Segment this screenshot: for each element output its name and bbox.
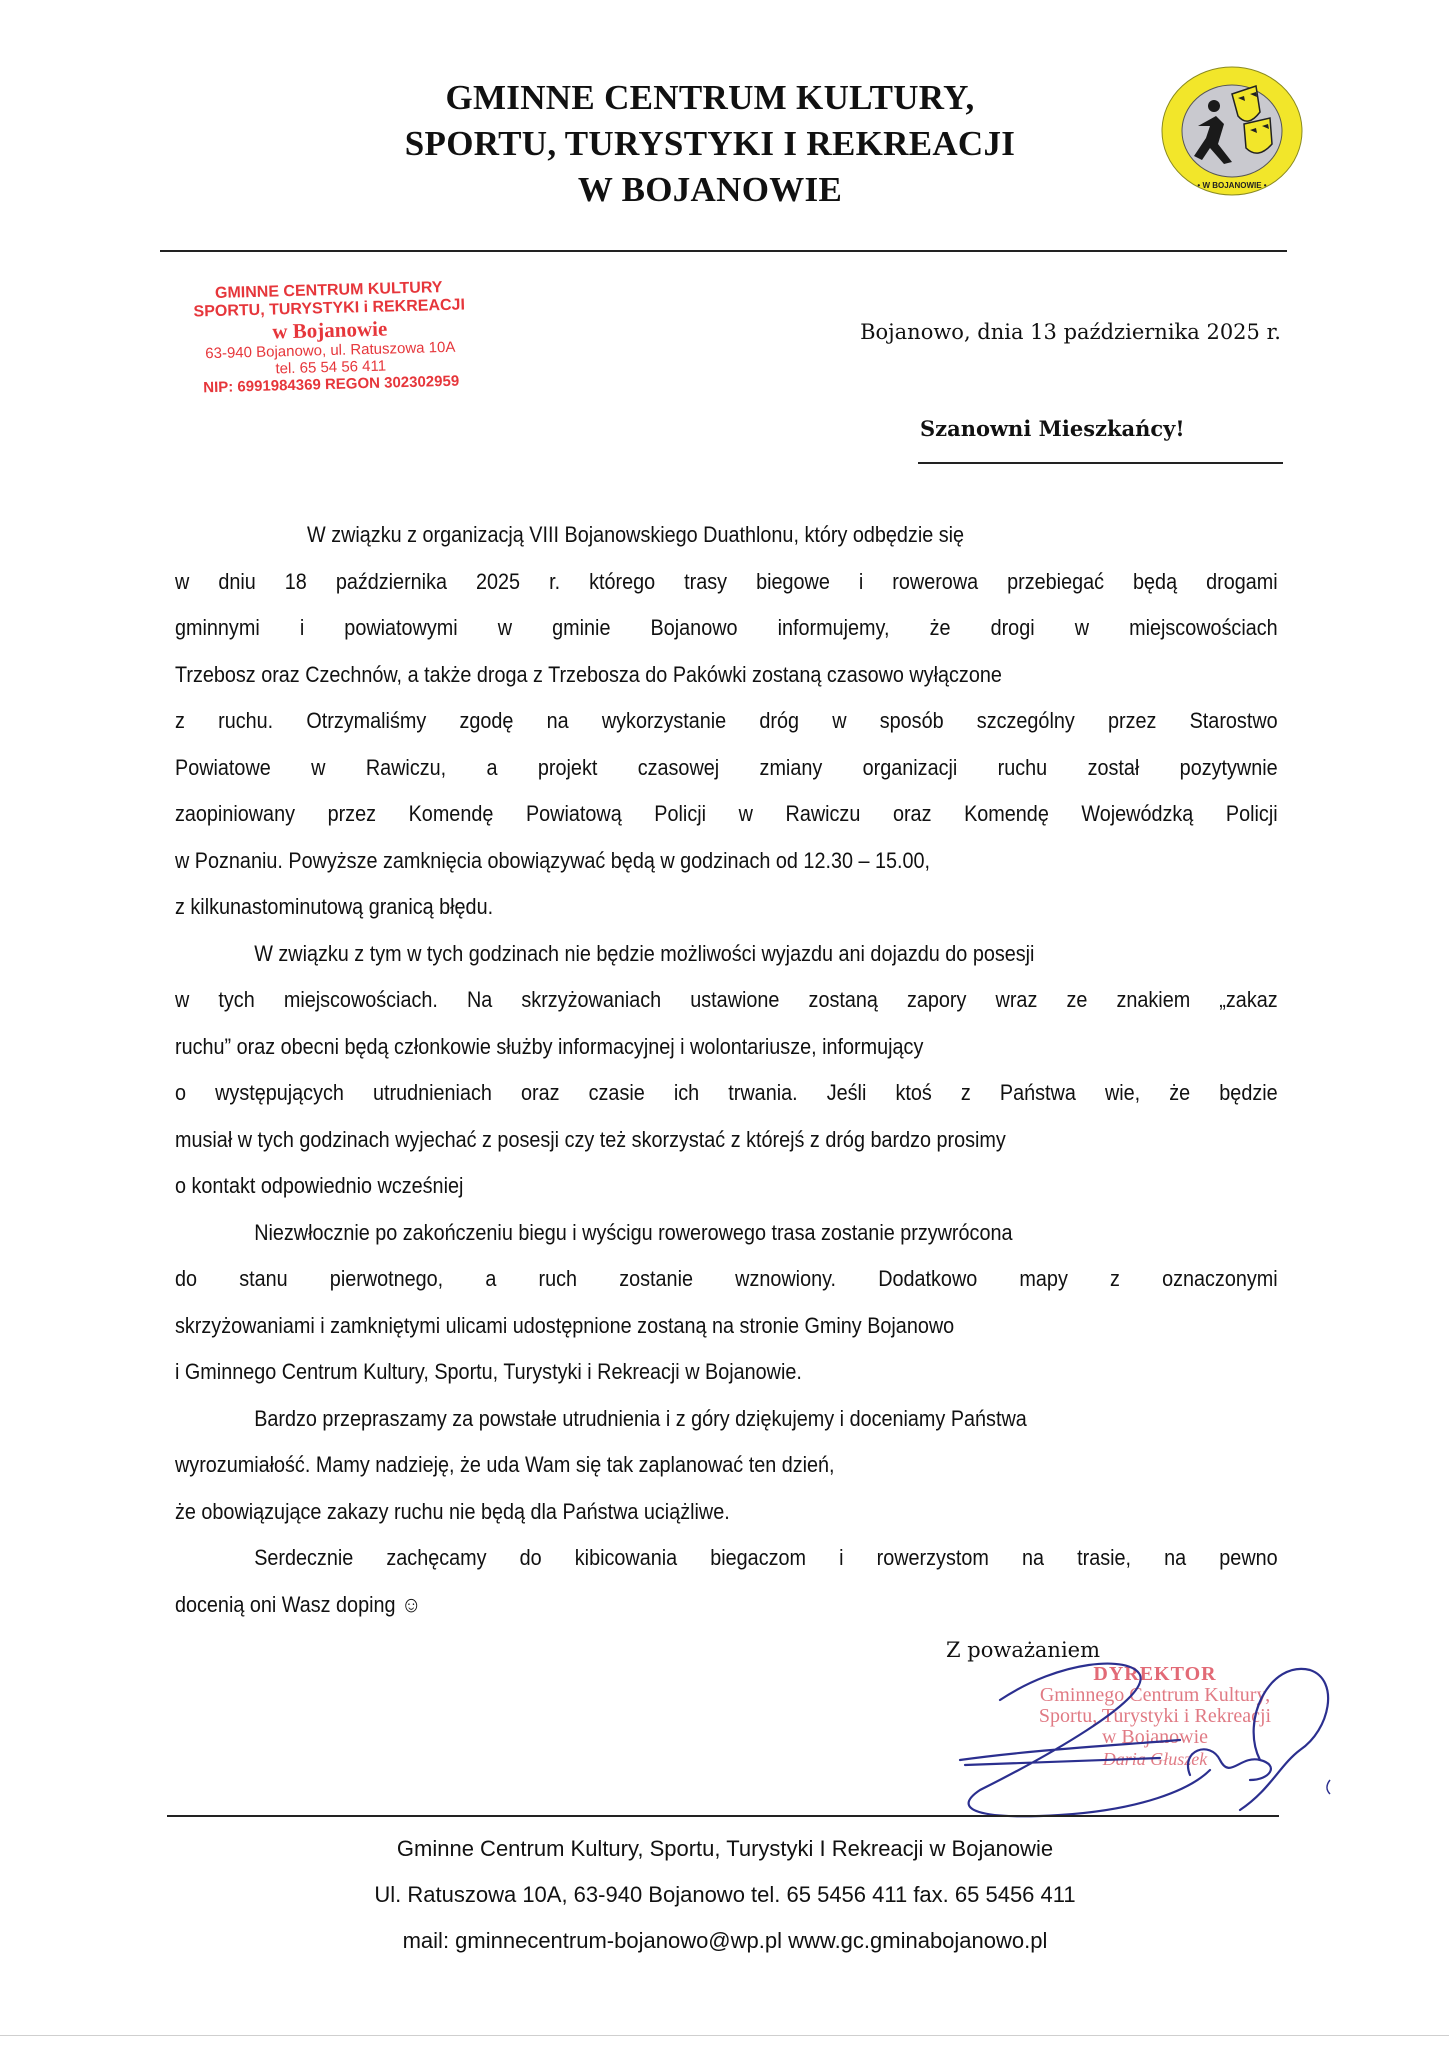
body-line: docenią oni Wasz doping ☺ [175,1582,1278,1629]
title-line-1: GMINNE CENTRUM KULTURY, [380,75,1040,121]
footer-contact: mail: gminnecentrum-bojanowo@wp.pl www.g… [200,1918,1250,1964]
paragraph-3: Niezwłocznie po zakończeniu biegu i wyśc… [175,1210,1278,1396]
body-line: Serdecznie zachęcamy do kibicowania bieg… [175,1535,1278,1582]
organization-stamp: GMINNE CENTRUM KULTURY SPORTU, TURYSTYKI… [159,278,502,399]
body-line: o występujących utrudnieniach oraz czasi… [175,1070,1278,1117]
body-line: i Gminnego Centrum Kultury, Sportu, Tury… [175,1349,1278,1396]
body-line: zaopiniowany przez Komendę Powiatową Pol… [175,791,1278,838]
header-divider [160,250,1287,252]
salutation-divider [918,462,1283,464]
organization-emblem-icon: • W BOJANOWIE • [1158,64,1306,199]
emblem-bottom-text: • W BOJANOWIE • [1197,181,1266,190]
footer-divider [167,1815,1279,1817]
body-line: W związku z tym w tych godzinach nie będ… [175,931,1278,978]
body-line: w Poznaniu. Powyższe zamknięcia obowiązy… [175,838,1278,885]
body-line: Niezwłocznie po zakończeniu biegu i wyśc… [175,1210,1278,1257]
body-line: z kilkunastominutową granicą błędu. [175,884,1278,931]
handwritten-signature-icon [940,1640,1340,1820]
scan-edge [0,2035,1449,2036]
footer-address: Ul. Ratuszowa 10A, 63-940 Bojanowo tel. … [200,1872,1250,1918]
body-line: o kontakt odpowiednio wcześniej [175,1163,1278,1210]
body-line: Bardzo przepraszamy za powstałe utrudnie… [175,1396,1278,1443]
paragraph-5: Serdecznie zachęcamy do kibicowania bieg… [175,1535,1278,1628]
paragraph-2: W związku z tym w tych godzinach nie będ… [175,931,1278,1210]
title-line-2: SPORTU, TURYSTYKI I REKREACJI [380,121,1040,167]
body-line: W związku z organizacją VIII Bojanowskie… [175,512,1278,559]
body-line: w dniu 18 października 2025 r. którego t… [175,559,1278,606]
letter-date: Bojanowo, dnia 13 października 2025 r. [860,320,1281,344]
salutation: Szanowni Mieszkańcy! [920,416,1280,441]
organization-title: GMINNE CENTRUM KULTURY, SPORTU, TURYSTYK… [380,75,1040,213]
body-line: do stanu pierwotnego, a ruch zostanie wz… [175,1256,1278,1303]
body-line: musiał w tych godzinach wyjechać z poses… [175,1117,1278,1164]
body-line: w tych miejscowościach. Na skrzyżowaniac… [175,977,1278,1024]
body-line: skrzyżowaniami i zamkniętymi ulicami udo… [175,1303,1278,1350]
title-line-3: W BOJANOWIE [380,167,1040,213]
body-line: że obowiązujące zakazy ruchu nie będą dl… [175,1489,1278,1536]
letter-body: W związku z organizacją VIII Bojanowskie… [175,512,1278,1628]
body-line: wyrozumiałość. Mamy nadzieję, że uda Wam… [175,1442,1278,1489]
body-line: ruchu” oraz obecni będą członkowie służb… [175,1024,1278,1071]
paragraph-4: Bardzo przepraszamy za powstałe utrudnie… [175,1396,1278,1536]
body-line: gminnymi i powiatowymi w gminie Bojanowo… [175,605,1278,652]
footer-organization: Gminne Centrum Kultury, Sportu, Turystyk… [200,1826,1250,1872]
paragraph-1: W związku z organizacją VIII Bojanowskie… [175,512,1278,931]
body-line: Trzebosz oraz Czechnów, a także droga z … [175,652,1278,699]
letter-page: GMINNE CENTRUM KULTURY, SPORTU, TURYSTYK… [0,0,1449,2048]
body-line: z ruchu. Otrzymaliśmy zgodę na wykorzyst… [175,698,1278,745]
letter-footer: Gminne Centrum Kultury, Sportu, Turystyk… [200,1826,1250,1964]
body-line: Powiatowe w Rawiczu, a projekt czasowej … [175,745,1278,792]
